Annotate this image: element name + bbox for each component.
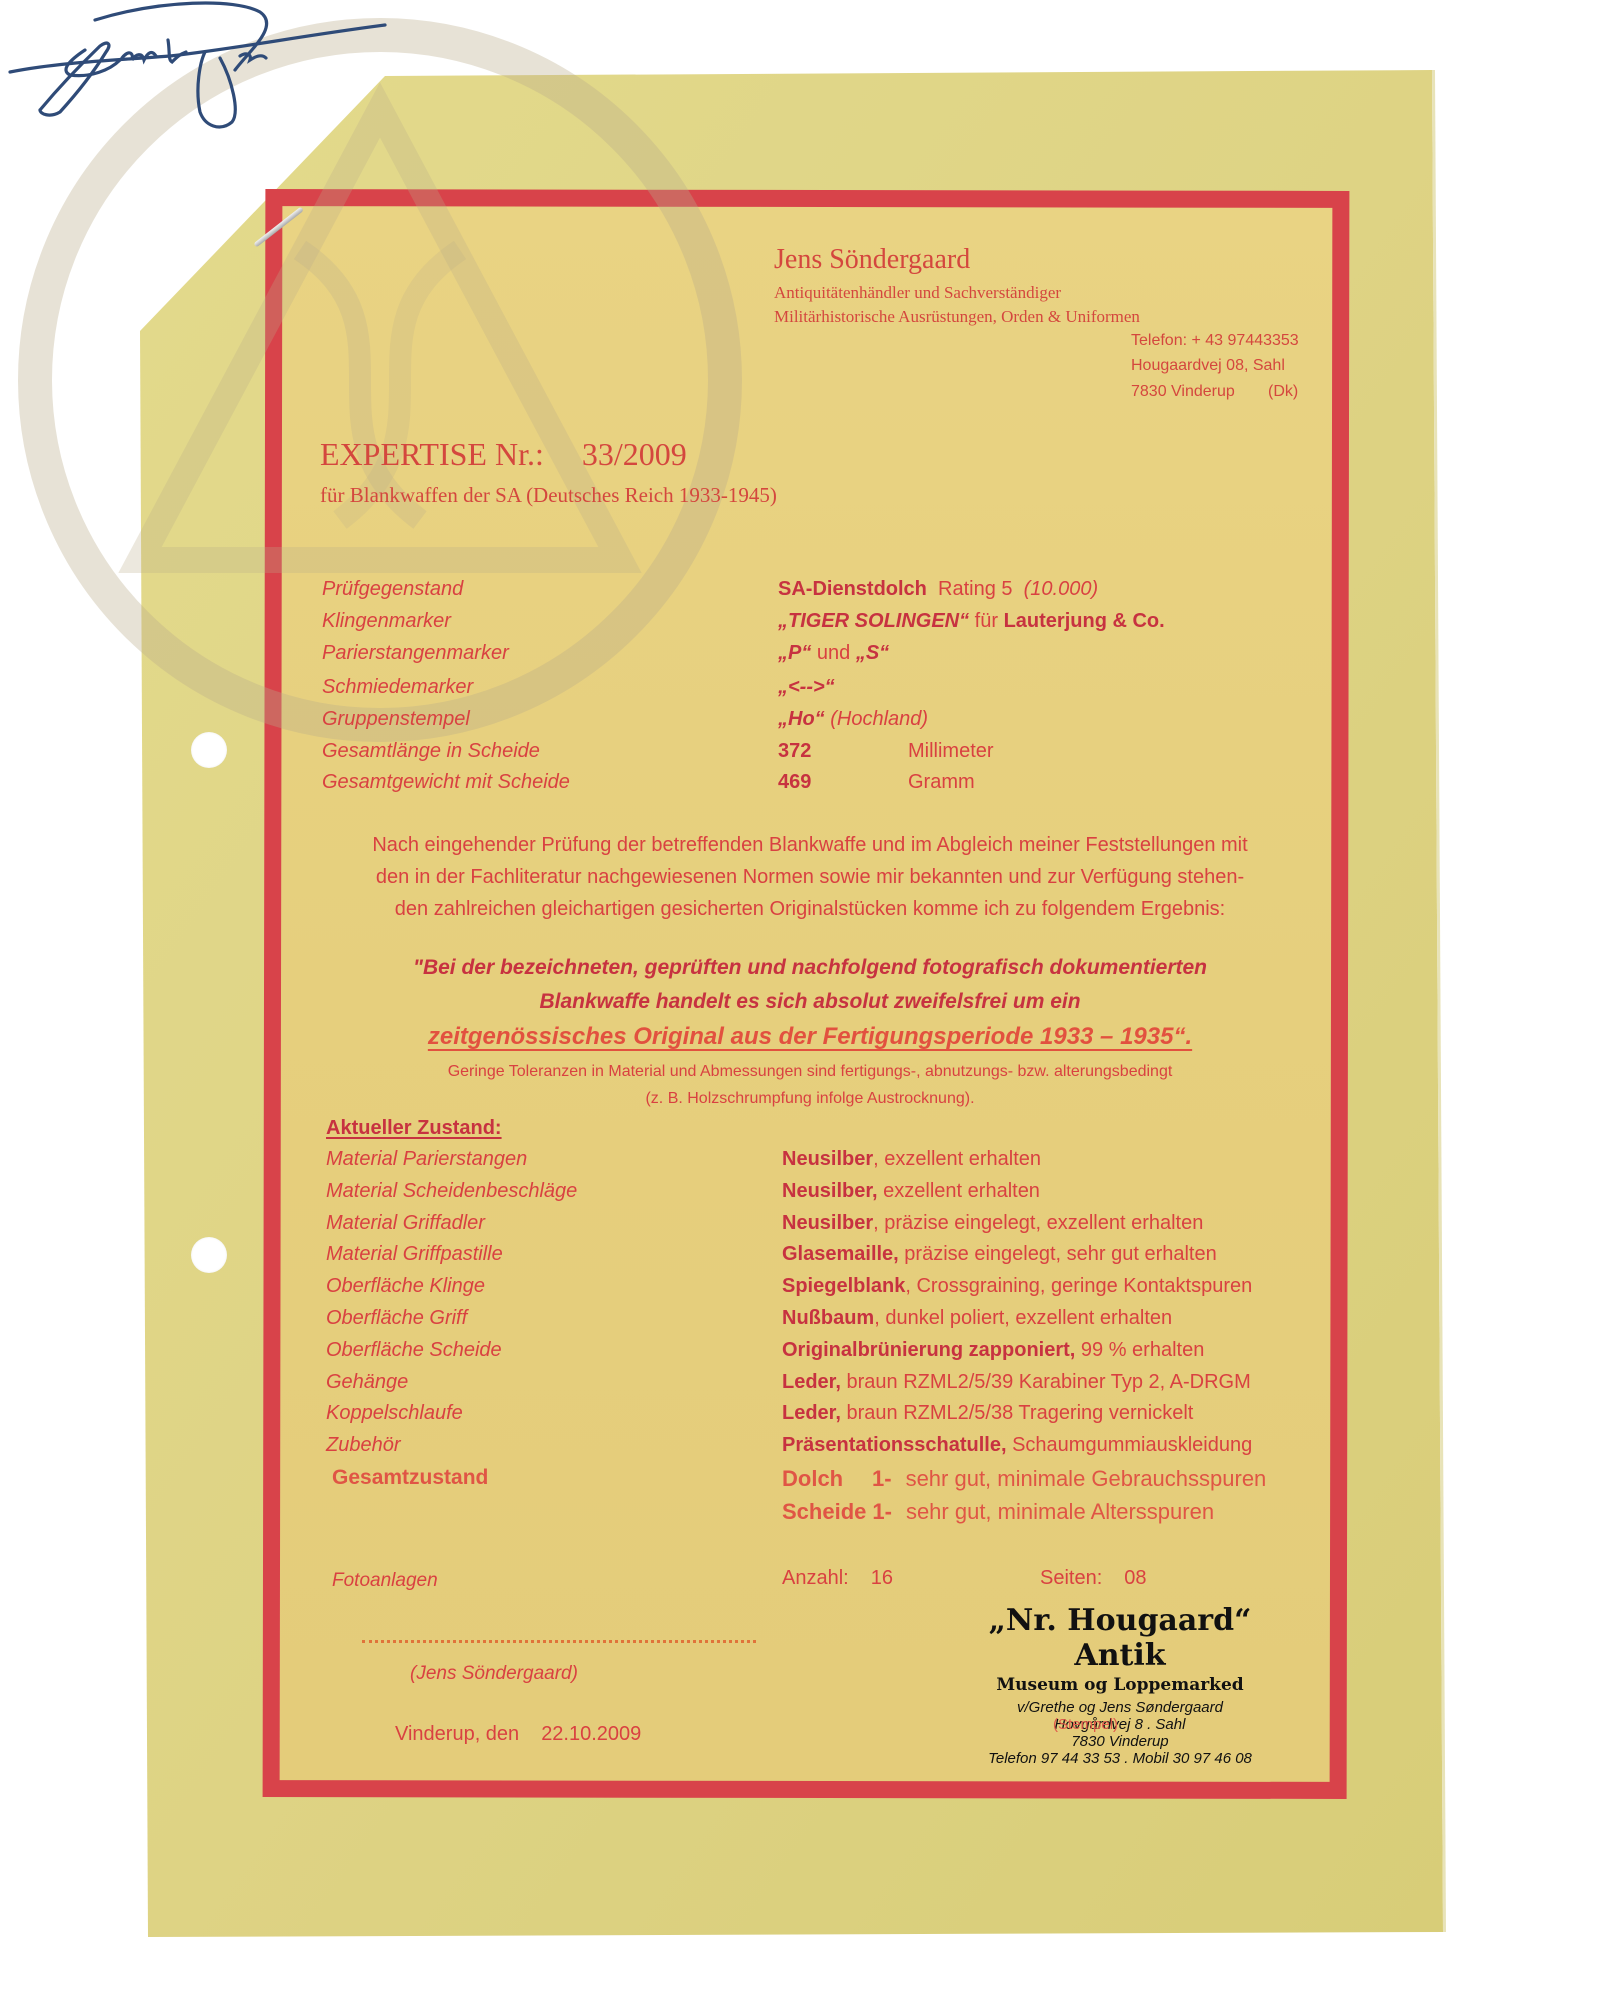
verdict-line: Blankwaffe handelt es sich absolut zweif… [300,985,1320,1019]
spec-value-part: „S“ [856,642,889,664]
verdict-conclusion: zeitgenössisches Original aus der Fertig… [300,1023,1320,1051]
condition-material: Neusilber, [782,1180,878,1202]
spec-row: Gruppenstempel„Ho“ (Hochland) [322,708,1322,738]
condition-label: Material Griffadler [326,1212,485,1235]
expert-profession: Antiquitätenhändler und Sachverständiger [774,283,1061,303]
stamp-city: 7830 Vinderup [940,1733,1300,1750]
condition-value: Originalbrünierung zapponiert, 99 % erha… [782,1339,1204,1362]
condition-material: Glasemaille, [782,1243,899,1265]
spec-value-part: 372 [778,740,811,762]
signature-line [362,1640,756,1643]
spec-value: „Ho“ (Hochland) [778,708,928,731]
spec-value-part: (Hochland) [825,708,928,730]
condition-item: Dolch [782,1466,872,1492]
condition-label: Material Parierstangen [326,1148,527,1171]
condition-material: Spiegelblank [782,1275,905,1297]
condition-value: Glasemaille, präzise eingelegt, sehr gut… [782,1243,1217,1266]
condition-label: Material Scheidenbeschläge [326,1180,577,1203]
spec-label: Schmiedemarker [322,676,473,699]
stamp-subtitle: Museum og Loppemarked [940,1675,1300,1695]
condition-material: Nußbaum [782,1307,874,1329]
condition-row: Oberfläche GriffNußbaum, dunkel poliert,… [326,1307,1326,1337]
condition-row: KoppelschlaufeLeder, braun RZML2/5/38 Tr… [326,1402,1326,1432]
stamp-street-row: (Stempel) Hovgårdvej 8 . Sahl [940,1716,1300,1733]
spec-value-part: „TIGER SOLINGEN“ [778,610,969,632]
verdict-quote: "Bei der bezeichneten, geprüften und nac… [300,951,1320,1019]
tolerance-note: Geringe Toleranzen in Material und Abmes… [300,1058,1320,1112]
spec-value-part: „P“ [778,642,811,664]
expertise-title: EXPERTISE Nr.:33/2009 [320,436,687,473]
punch-hole-bottom [191,1237,227,1273]
place: Vinderup, den [395,1723,519,1745]
punch-hole-top [191,732,227,768]
condition-detail: Schaumgummiauskleidung [1007,1434,1253,1456]
spec-value-part: „<-->“ [778,676,835,698]
spec-row: PrüfgegenstandSA-Dienstdolch Rating 5 (1… [322,578,1322,608]
spec-value-part: für [969,610,1003,632]
spec-row: Klingenmarker„TIGER SOLINGEN“ für Lauter… [322,610,1322,640]
condition-label: Material Griffpastille [326,1243,503,1266]
spec-value: „TIGER SOLINGEN“ für Lauterjung & Co. [778,610,1165,633]
paragraph-line: den in der Fachliteratur nachgewiesenen … [300,861,1320,893]
condition-label: Oberfläche Klinge [326,1275,485,1298]
condition-label: Gehänge [326,1371,408,1394]
condition-label: Koppelschlaufe [326,1402,463,1425]
paragraph-line: den zahlreichen gleichartigen gesicherte… [300,893,1320,925]
signer-name: (Jens Söndergaard) [410,1663,578,1685]
condition-heading: Aktueller Zustand: [326,1117,502,1140]
spec-unit: Gramm [908,771,975,794]
spec-value-part: „Ho“ [778,708,825,730]
spec-label: Gesamtgewicht mit Scheide [322,771,570,794]
expertise-certificate-page: Jens Söndergaard Antiquitätenhändler und… [0,0,1600,2000]
condition-detail: , exzellent erhalten [873,1148,1041,1170]
assessment-paragraph: Nach eingehender Prüfung der betreffende… [300,829,1320,925]
condition-row: Material GriffpastilleGlasemaille, präzi… [326,1243,1326,1273]
verdict-conclusion-text: zeitgenössisches Original aus der Fertig… [428,1023,1192,1050]
condition-value: Neusilber, präzise eingelegt, exzellent … [782,1212,1203,1235]
expert-city: 7830 Vinderup [1131,383,1235,401]
handwritten-signature-icon [0,0,400,140]
condition-material: Leder, [782,1371,841,1393]
photos-label: Fotoanlagen [332,1570,438,1592]
spec-row: Schmiedemarker„<-->“ [322,676,1322,706]
condition-row: ZubehörPräsentationsschatulle, Schaumgum… [326,1434,1326,1464]
overall-condition-value: Dolch1-sehr gut, minimale Gebrauchsspure… [782,1466,1266,1492]
condition-row: Oberfläche KlingeSpiegelblank, Crossgrai… [326,1275,1326,1305]
condition-grade-text: sehr gut, minimale Gebrauchsspuren [906,1466,1267,1491]
condition-material: Leder, [782,1402,841,1424]
condition-value: Neusilber, exzellent erhalten [782,1180,1040,1203]
photo-count: Anzahl:16 [782,1567,893,1590]
stamp-phone: Telefon 97 44 33 53 . Mobil 30 97 46 08 [940,1750,1300,1767]
condition-detail: , präzise eingelegt, exzellent erhalten [873,1212,1203,1234]
condition-label: Oberfläche Griff [326,1307,467,1330]
expert-specialty: Militärhistorische Ausrüstungen, Orden &… [774,307,1140,327]
spec-value-part: Rating 5 [927,578,1024,600]
verdict-line: "Bei der bezeichneten, geprüften und nac… [300,951,1320,985]
condition-value: Präsentationsschatulle, Schaumgummiauskl… [782,1434,1252,1457]
condition-row: Material ScheidenbeschlägeNeusilber, exz… [326,1180,1326,1210]
condition-row: GehängeLeder, braun RZML2/5/39 Karabiner… [326,1371,1326,1401]
expert-phone: Telefon: + 43 97443353 [1131,332,1299,350]
condition-row: Material GriffadlerNeusilber, präzise ei… [326,1212,1326,1242]
condition-detail: präzise eingelegt, sehr gut erhalten [899,1243,1217,1265]
dealer-stamp: „Nr. Hougaard“ Antik Museum og Loppemark… [940,1603,1300,1767]
condition-label: Oberfläche Scheide [326,1339,502,1362]
count-value: 16 [871,1567,893,1589]
expert-name: Jens Söndergaard [774,244,970,276]
date: 22.10.2009 [541,1723,641,1745]
condition-grade: 1- [872,1499,892,1524]
condition-value: Nußbaum, dunkel poliert, exzellent erhal… [782,1307,1172,1330]
condition-detail: , Crossgraining, geringe Kontaktspuren [905,1275,1252,1297]
spec-row: Gesamtlänge in Scheide372Millimeter [322,740,1322,770]
overall-condition-item: Scheide1-sehr gut, minimale Altersspuren [326,1499,1326,1529]
condition-value: Spiegelblank, Crossgraining, geringe Kon… [782,1275,1252,1298]
condition-value: Leder, braun RZML2/5/39 Karabiner Typ 2,… [782,1371,1251,1394]
spec-value: „<-->“ [778,676,835,699]
overall-condition-item: Dolch1-sehr gut, minimale Gebrauchsspure… [326,1466,1326,1496]
spec-label: Gesamtlänge in Scheide [322,740,540,763]
stamp-name: „Nr. Hougaard“ Antik [940,1603,1300,1673]
condition-detail: exzellent erhalten [878,1180,1040,1202]
condition-material: Neusilber [782,1148,873,1170]
condition-grade: 1- [872,1466,892,1491]
note-line: (z. B. Holzschrumpfung infolge Austrockn… [300,1085,1320,1112]
expertise-label: EXPERTISE Nr.: [320,436,544,472]
stamp-overlay-note: (Stempel) [1053,1716,1118,1733]
spec-label: Klingenmarker [322,610,451,633]
condition-detail: braun RZML2/5/39 Karabiner Typ 2, A-DRGM [841,1371,1251,1393]
spec-value: 469 [778,771,811,794]
condition-item: Scheide [782,1499,866,1525]
expert-street: Hougaardvej 08, Sahl [1131,357,1285,375]
condition-value: Neusilber, exzellent erhalten [782,1148,1041,1171]
condition-detail: braun RZML2/5/38 Tragering vernickelt [841,1402,1193,1424]
spec-value: SA-Dienstdolch Rating 5 (10.000) [778,578,1098,601]
pages-value: 08 [1124,1567,1146,1589]
spec-label: Prüfgegenstand [322,578,463,601]
spec-value-part: SA-Dienstdolch [778,578,927,600]
spec-row: Parierstangenmarker„P“ und „S“ [322,642,1322,672]
spec-value-part: Lauterjung & Co. [1004,610,1165,632]
condition-detail: 99 % erhalten [1075,1339,1204,1361]
page-count: Seiten:08 [1040,1567,1147,1590]
condition-row: Oberfläche ScheideOriginalbrünierung zap… [326,1339,1326,1369]
expertise-subtitle: für Blankwaffen der SA (Deutsches Reich … [320,483,777,508]
count-label: Anzahl: [782,1567,849,1589]
condition-grade-text: sehr gut, minimale Altersspuren [906,1499,1214,1524]
overall-condition-value: Scheide1-sehr gut, minimale Altersspuren [782,1499,1214,1525]
expertise-number: 33/2009 [582,436,687,472]
condition-label: Zubehör [326,1434,401,1457]
spec-unit: Millimeter [908,740,994,763]
condition-value: Leder, braun RZML2/5/38 Tragering vernic… [782,1402,1193,1425]
spec-value: 372 [778,740,811,763]
condition-material: Präsentationsschatulle, [782,1434,1007,1456]
spec-value-part: 469 [778,771,811,793]
spec-value-part: und [811,642,855,664]
spec-label: Parierstangenmarker [322,642,509,665]
condition-material: Neusilber [782,1212,873,1234]
spec-row: Gesamtgewicht mit Scheide469Gramm [322,771,1322,801]
condition-row: Material ParierstangenNeusilber, exzelle… [326,1148,1326,1178]
stamp-owner: v/Grethe og Jens Søndergaard [940,1699,1300,1716]
place-date: Vinderup, den22.10.2009 [395,1723,641,1746]
spec-value: „P“ und „S“ [778,642,889,665]
paragraph-line: Nach eingehender Prüfung der betreffende… [300,829,1320,861]
note-line: Geringe Toleranzen in Material und Abmes… [300,1058,1320,1085]
condition-material: Originalbrünierung zapponiert, [782,1339,1075,1361]
spec-label: Gruppenstempel [322,708,470,731]
spec-value-part: (10.000) [1024,578,1099,600]
pages-label: Seiten: [1040,1567,1102,1589]
expert-country: (Dk) [1268,383,1298,401]
condition-detail: , dunkel poliert, exzellent erhalten [874,1307,1172,1329]
